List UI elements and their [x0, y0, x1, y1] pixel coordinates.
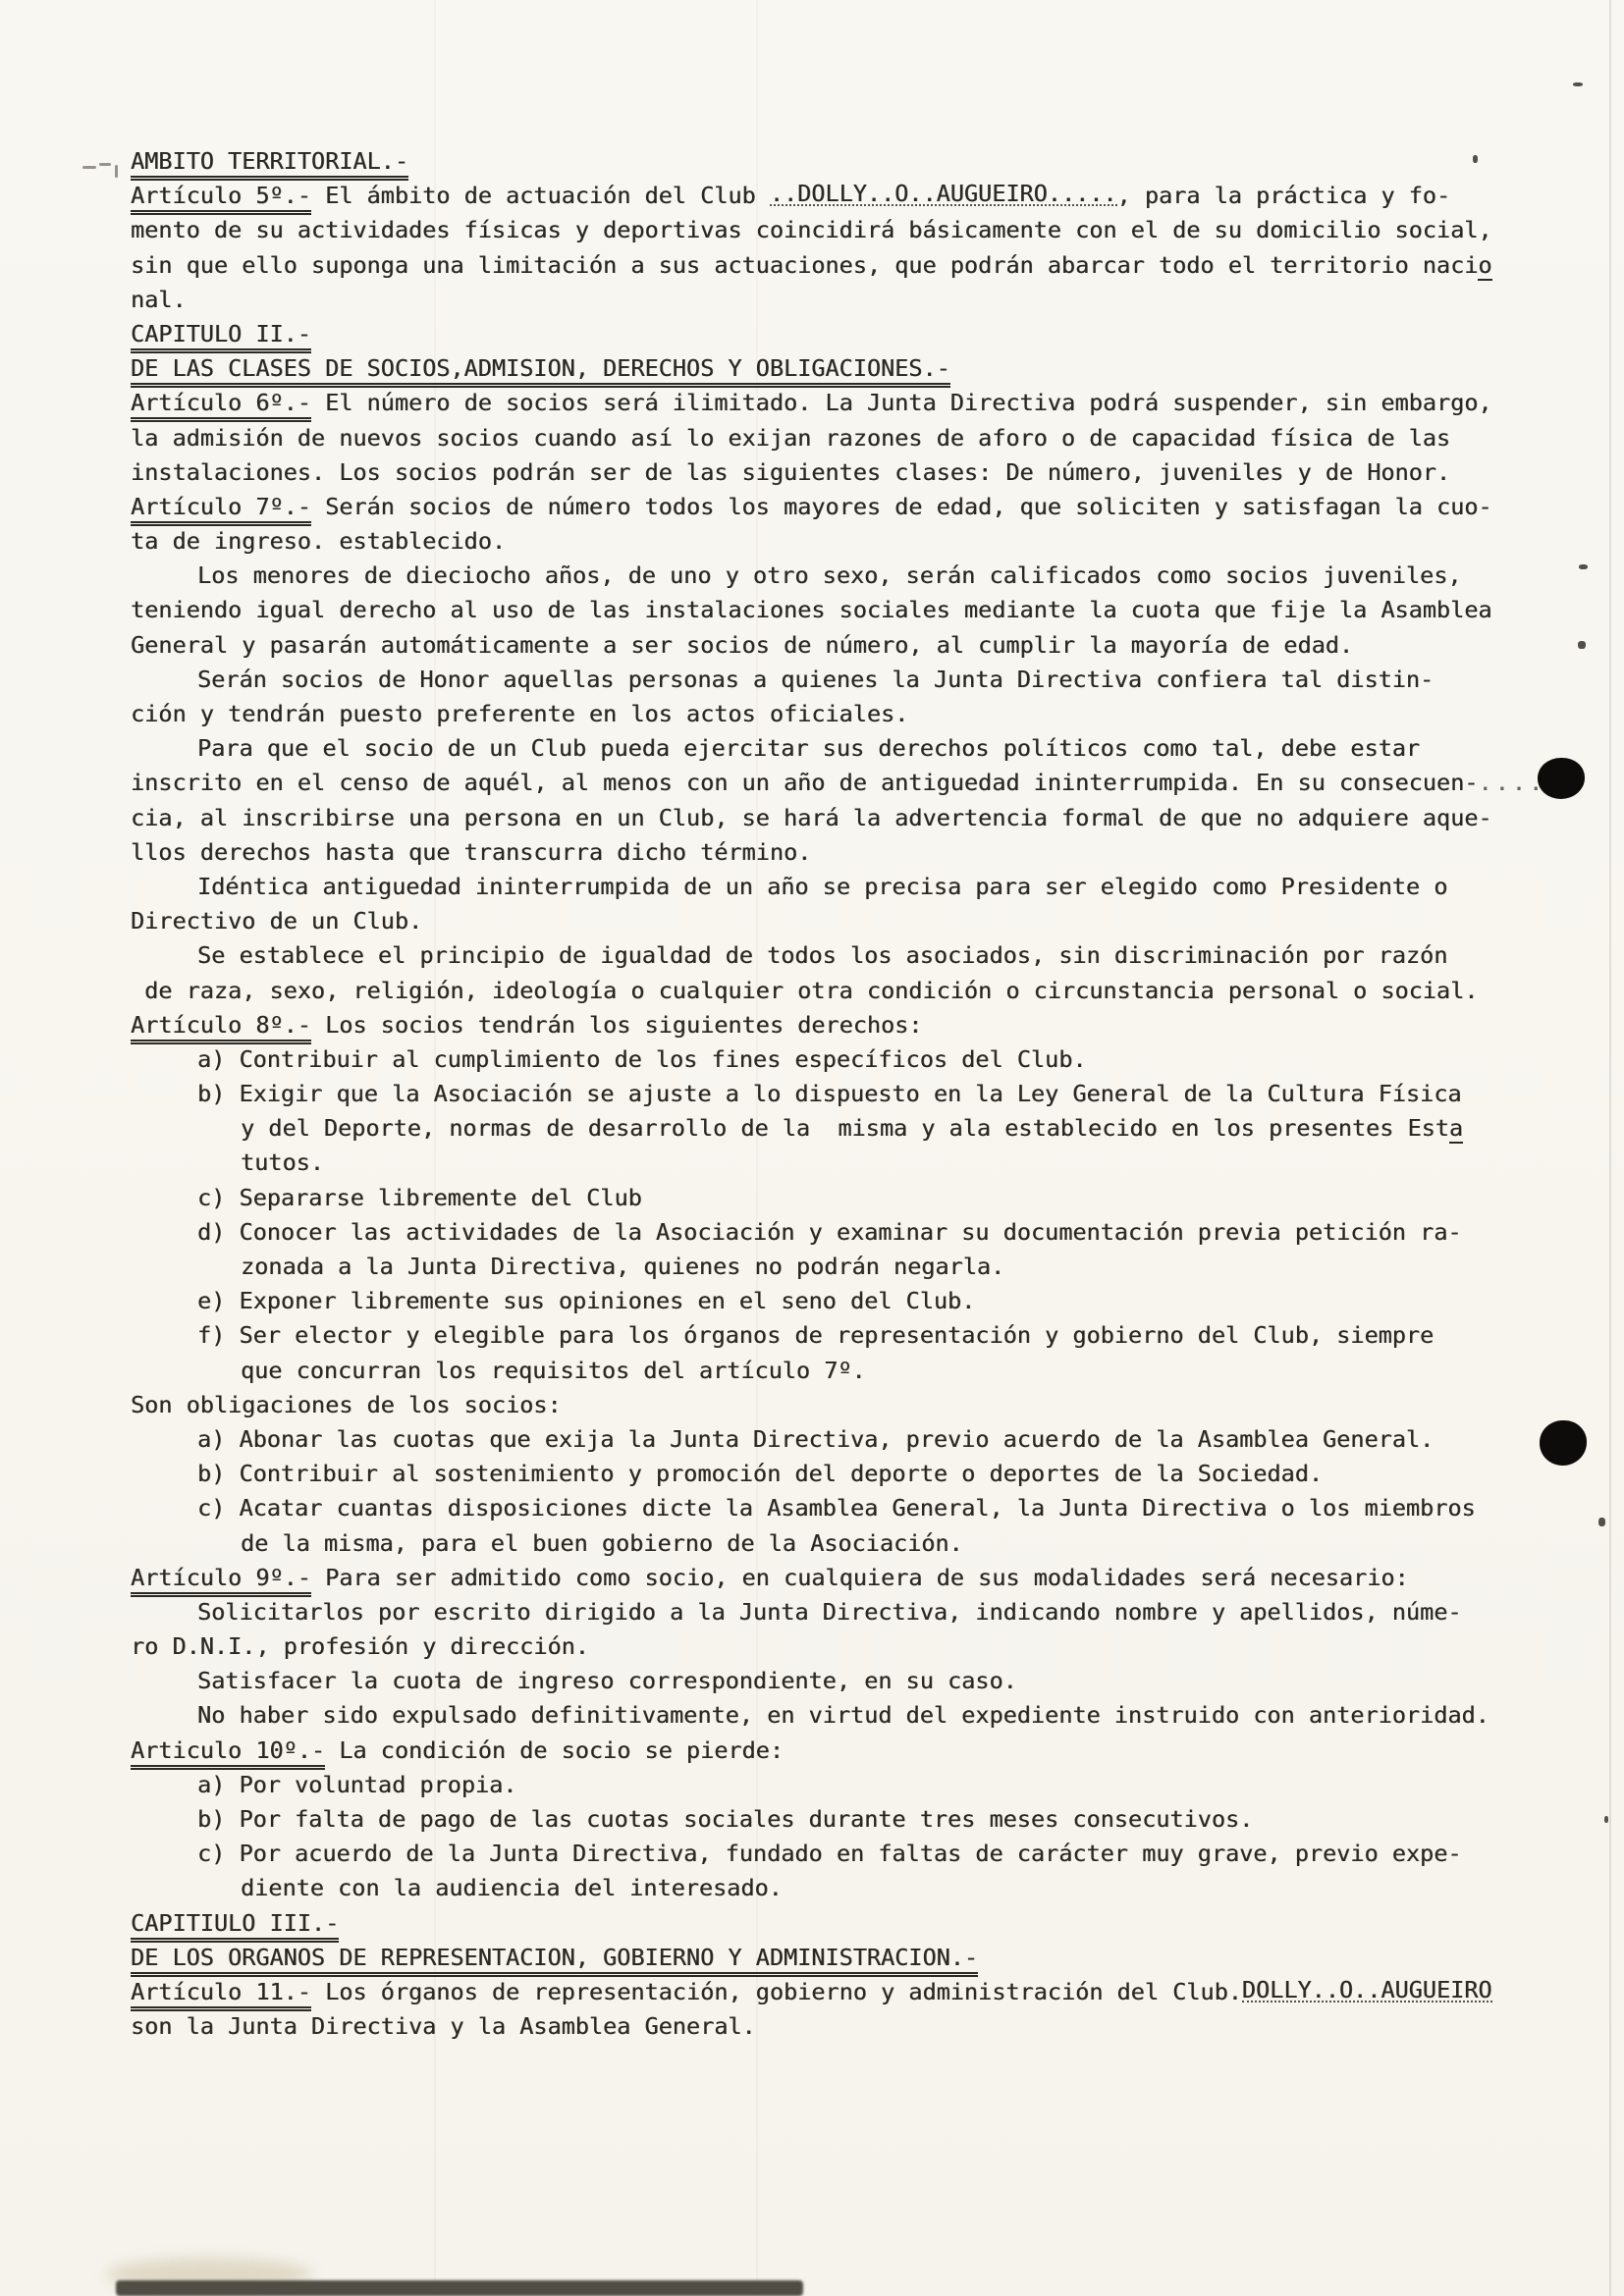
- text-line: cia, al inscribirse una persona en un Cl…: [131, 801, 1517, 835]
- continuation-underline: o: [1478, 251, 1491, 281]
- text-line: d) Conocer las actividades de la Asociac…: [131, 1215, 1517, 1250]
- text-line: Artículo 6º.- El número de socios será i…: [131, 386, 1517, 420]
- scan-speck: [1604, 1816, 1608, 1823]
- text-segment: Los menores de dieciocho años, de uno y …: [197, 561, 1462, 589]
- text-segment: Se establece el principio de igualdad de…: [197, 941, 1447, 969]
- handwritten-margin-mark: [82, 166, 96, 169]
- text-segment: de la misma, para el buen gobierno de la…: [241, 1529, 963, 1557]
- continuation-underline: a: [1449, 1114, 1463, 1144]
- heading-underlined: Artículo 8º.-: [131, 1011, 311, 1044]
- text-line: Son obligaciones de los socios:: [131, 1388, 1517, 1422]
- heading-underlined: AMBITO TERRITORIAL.-: [131, 147, 408, 181]
- text-line: Satisfacer la cuota de ingreso correspon…: [131, 1664, 1517, 1698]
- text-line: ta de ingreso. establecido.: [131, 524, 1517, 559]
- text-line: de raza, sexo, religión, ideología o cua…: [131, 974, 1517, 1008]
- text-segment: ción y tendrán puesto preferente en los …: [131, 700, 908, 727]
- text-line: CAPITIULO III.-: [131, 1906, 1517, 1941]
- text-line: son la Junta Directiva y la Asamblea Gen…: [131, 2009, 1517, 2044]
- text-segment: c) Acatar cuantas disposiciones dicte la…: [197, 1494, 1476, 1522]
- text-segment: b) Por falta de pago de las cuotas socia…: [197, 1805, 1253, 1833]
- text-line: b) Contribuir al sostenimiento y promoci…: [131, 1457, 1517, 1491]
- text-segment: El ámbito de actuación del Club: [311, 182, 770, 209]
- text-line: c) Acatar cuantas disposiciones dicte la…: [131, 1491, 1517, 1525]
- text-segment: e) Exponer libremente sus opiniones en e…: [197, 1287, 975, 1314]
- text-line: Artículo 11.- Los órganos de representac…: [131, 1975, 1517, 2009]
- text-segment: ro D.N.I., profesión y dirección.: [131, 1632, 589, 1660]
- heading-underlined: CAPITIULO III.-: [131, 1909, 339, 1943]
- text-segment: General y pasarán automáticamente a ser …: [131, 631, 1353, 659]
- text-line: Se establece el principio de igualdad de…: [131, 938, 1517, 973]
- text-segment: Los órganos de representación, gobierno …: [311, 1978, 1242, 2005]
- text-line: Serán socios de Honor aquellas personas …: [131, 663, 1517, 697]
- text-segment: Serán socios de número todos los mayores…: [311, 493, 1492, 520]
- text-line: a) Abonar las cuotas que exija la Junta …: [131, 1422, 1517, 1457]
- text-segment: inscrito en el censo de aquél, al menos …: [131, 769, 1478, 796]
- text-segment: c) Separarse libremente del Club: [197, 1184, 642, 1211]
- binding-hole-ink-dot: [1540, 1420, 1587, 1466]
- text-line: Solicitarlos por escrito dirigido a la J…: [131, 1595, 1517, 1629]
- text-line: Para que el socio de un Club pueda ejerc…: [131, 731, 1517, 766]
- text-segment: c) Por acuerdo de la Junta Directiva, fu…: [197, 1840, 1462, 1867]
- heading-underlined: Artículo 9º.-: [131, 1564, 311, 1597]
- text-segment: , para la práctica y fo-: [1117, 182, 1451, 209]
- text-line: tutos.: [131, 1146, 1517, 1180]
- text-segment: Serán socios de Honor aquellas personas …: [197, 666, 1434, 693]
- text-segment: que concurran los requisitos del artícul…: [241, 1357, 866, 1384]
- text-segment: La condición de socio se pierde:: [325, 1736, 784, 1764]
- text-segment: El número de socios será ilimitado. La J…: [311, 389, 1492, 416]
- club-name-fillin: ..DOLLY..O..AUGUEIRO.....: [770, 177, 1117, 211]
- text-segment: mento de su actividades físicas y deport…: [131, 216, 1492, 243]
- text-segment: Directivo de un Club.: [131, 907, 422, 934]
- heading-underlined: DE LAS CLASES DE SOCIOS,ADMISION, DERECH…: [131, 354, 950, 388]
- text-line: inscrito en el censo de aquél, al menos …: [131, 766, 1517, 800]
- text-line: llos derechos hasta que transcurra dicho…: [131, 835, 1517, 870]
- text-segment: No haber sido expulsado definitivamente,…: [197, 1701, 1489, 1729]
- text-line: b) Exigir que la Asociación se ajuste a …: [131, 1077, 1517, 1111]
- text-segment: ta de ingreso. establecido.: [131, 527, 506, 555]
- text-segment: instalaciones. Los socios podrán ser de …: [131, 458, 1450, 486]
- text-segment: son la Junta Directiva y la Asamblea Gen…: [131, 2012, 756, 2040]
- club-name-fillin: DOLLY..O..AUGUEIRO: [1242, 1973, 1492, 2007]
- text-line: Idéntica antiguedad ininterrumpida de un…: [131, 870, 1517, 904]
- heading-underlined: Artículo 6º.-: [131, 389, 311, 422]
- text-segment: Satisfacer la cuota de ingreso correspon…: [197, 1667, 1017, 1694]
- text-line: a) Contribuir al cumplimiento de los fin…: [131, 1042, 1517, 1077]
- text-line: b) Por falta de pago de las cuotas socia…: [131, 1802, 1517, 1837]
- text-line: la admisión de nuevos socios cuando así …: [131, 421, 1517, 455]
- text-line: Artículo 9º.- Para ser admitido como soc…: [131, 1561, 1517, 1595]
- text-line: mento de su actividades físicas y deport…: [131, 213, 1517, 247]
- scanned-document-page: AMBITO TERRITORIAL.-Artículo 5º.- El ámb…: [0, 0, 1624, 2296]
- scan-speck: [1473, 155, 1478, 163]
- text-segment: Son obligaciones de los socios:: [131, 1391, 562, 1418]
- text-segment: a) Por voluntad propia.: [197, 1771, 516, 1798]
- heading-underlined: CAPITULO II.-: [131, 320, 311, 353]
- text-line: AMBITO TERRITORIAL.-: [131, 144, 1517, 179]
- text-segment: a) Contribuir al cumplimiento de los fin…: [197, 1045, 1086, 1073]
- text-segment: b) Exigir que la Asociación se ajuste a …: [197, 1080, 1462, 1107]
- faint-trailing-dots: ....: [1478, 769, 1545, 796]
- text-line: sin que ello suponga una limitación a su…: [131, 248, 1517, 283]
- text-segment: de raza, sexo, religión, ideología o cua…: [131, 977, 1478, 1004]
- text-segment: nal.: [131, 286, 187, 313]
- text-segment: a) Abonar las cuotas que exija la Junta …: [197, 1425, 1434, 1453]
- text-segment: f) Ser elector y elegible para los órgan…: [197, 1321, 1434, 1349]
- text-segment: Para que el socio de un Club pueda ejerc…: [197, 734, 1420, 762]
- handwritten-margin-mark: [99, 163, 111, 166]
- text-segment: zonada a la Junta Directiva, quienes no …: [241, 1253, 1004, 1280]
- text-segment: y del Deporte, normas de desarrollo de l…: [241, 1114, 1449, 1142]
- text-line: ción y tendrán puesto preferente en los …: [131, 697, 1517, 731]
- heading-underlined: Artículo 11.-: [131, 1978, 311, 2011]
- text-line: No haber sido expulsado definitivamente,…: [131, 1698, 1517, 1733]
- text-block: AMBITO TERRITORIAL.-Artículo 5º.- El ámb…: [131, 144, 1517, 2044]
- scan-speck: [1573, 82, 1583, 86]
- text-segment: teniendo igual derecho al uso de las ins…: [131, 596, 1492, 623]
- scan-speck: [1578, 641, 1586, 649]
- binding-hole-ink-dot: [1538, 758, 1585, 799]
- text-line: nal.: [131, 283, 1517, 317]
- text-line: f) Ser elector y elegible para los órgan…: [131, 1318, 1517, 1353]
- handwritten-margin-mark: [115, 165, 118, 178]
- text-line: General y pasarán automáticamente a ser …: [131, 628, 1517, 663]
- text-line: Artículo 7º.- Serán socios de número tod…: [131, 490, 1517, 524]
- scan-speck: [1579, 564, 1588, 569]
- text-segment: Solicitarlos por escrito dirigido a la J…: [197, 1598, 1462, 1626]
- text-segment: la admisión de nuevos socios cuando así …: [131, 424, 1450, 452]
- text-segment: diente con la audiencia del interesado.: [241, 1874, 783, 1901]
- heading-underlined: Artículo 5º.-: [131, 182, 311, 215]
- text-line: de la misma, para el buen gobierno de la…: [131, 1526, 1517, 1561]
- scanner-edge-bar: [116, 2280, 803, 2296]
- text-line: y del Deporte, normas de desarrollo de l…: [131, 1111, 1517, 1146]
- text-line: Artículo 5º.- El ámbito de actuación del…: [131, 179, 1517, 213]
- text-segment: Para ser admitido como socio, en cualqui…: [311, 1564, 1409, 1591]
- heading-underlined: Artículo 7º.-: [131, 493, 311, 526]
- text-line: DE LOS ORGANOS DE REPRESENTACION, GOBIER…: [131, 1941, 1517, 1975]
- text-segment: llos derechos hasta que transcurra dicho…: [131, 838, 811, 866]
- text-line: Articulo 10º.- La condición de socio se …: [131, 1734, 1517, 1768]
- text-line: instalaciones. Los socios podrán ser de …: [131, 455, 1517, 490]
- scan-speck: [1598, 1518, 1605, 1526]
- text-line: c) Separarse libremente del Club: [131, 1181, 1517, 1215]
- text-segment: sin que ello suponga una limitación a su…: [131, 251, 1478, 279]
- text-segment: Los socios tendrán los siguientes derech…: [311, 1011, 923, 1039]
- page-edge-line: [1609, 0, 1611, 2296]
- paper-fold-line: [756, 0, 758, 2296]
- text-line: DE LAS CLASES DE SOCIOS,ADMISION, DERECH…: [131, 351, 1517, 386]
- heading-underlined: DE LOS ORGANOS DE REPRESENTACION, GOBIER…: [131, 1944, 978, 1977]
- text-segment: cia, al inscribirse una persona en un Cl…: [131, 804, 1492, 831]
- text-line: e) Exponer libremente sus opiniones en e…: [131, 1284, 1517, 1318]
- text-line: Los menores de dieciocho años, de uno y …: [131, 559, 1517, 593]
- text-line: zonada a la Junta Directiva, quienes no …: [131, 1250, 1517, 1284]
- text-segment: tutos.: [241, 1148, 324, 1176]
- text-line: CAPITULO II.-: [131, 317, 1517, 351]
- text-line: a) Por voluntad propia.: [131, 1768, 1517, 1802]
- text-line: que concurran los requisitos del artícul…: [131, 1354, 1517, 1388]
- text-line: diente con la audiencia del interesado.: [131, 1871, 1517, 1905]
- text-line: Artículo 8º.- Los socios tendrán los sig…: [131, 1008, 1517, 1042]
- text-line: Directivo de un Club.: [131, 904, 1517, 938]
- text-segment: Idéntica antiguedad ininterrumpida de un…: [197, 873, 1447, 900]
- text-segment: b) Contribuir al sostenimiento y promoci…: [197, 1460, 1323, 1487]
- text-line: ro D.N.I., profesión y dirección.: [131, 1629, 1517, 1664]
- text-line: c) Por acuerdo de la Junta Directiva, fu…: [131, 1837, 1517, 1871]
- text-line: teniendo igual derecho al uso de las ins…: [131, 593, 1517, 627]
- text-segment: d) Conocer las actividades de la Asociac…: [197, 1218, 1462, 1246]
- paper-fold-line: [434, 0, 436, 2296]
- heading-underlined: Articulo 10º.-: [131, 1736, 325, 1770]
